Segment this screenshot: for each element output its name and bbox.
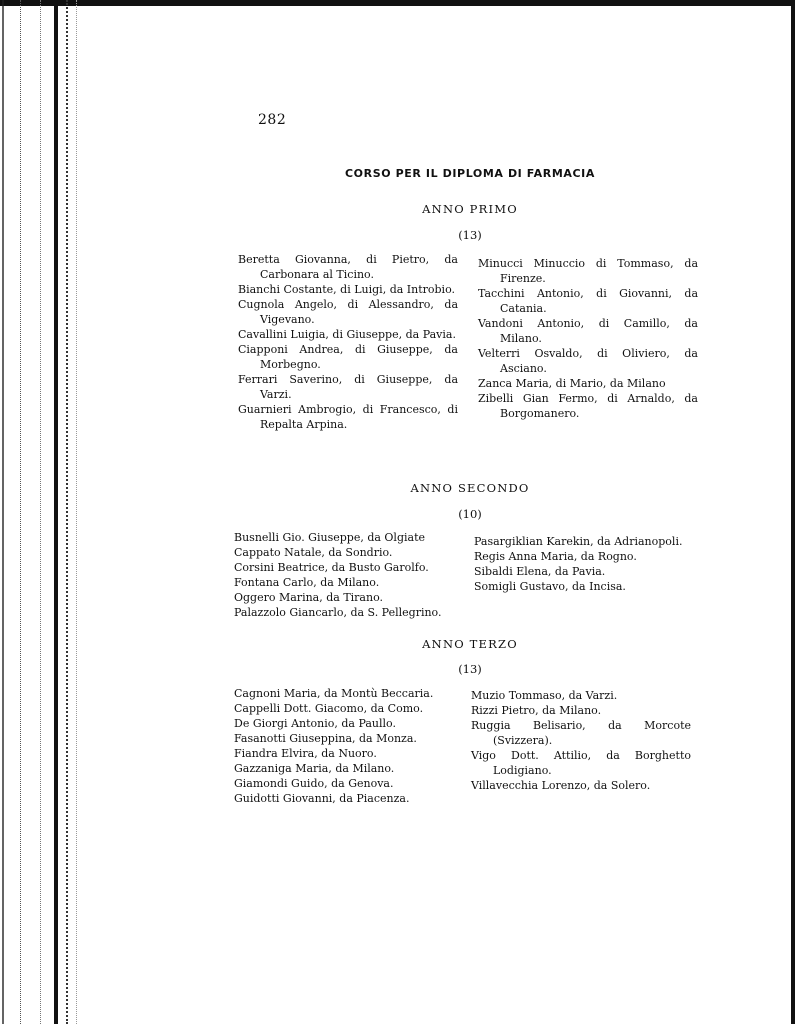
student-entry: Guarnieri Ambrogio, di Francesco, di Rep… [238,402,458,432]
student-entry: Zibelli Gian Fermo, di Arnaldo, da Borgo… [478,391,698,421]
student-entry: Fiandra Elvira, da Nuoro. [234,746,464,761]
student-entry: Busnelli Gio. Giuseppe, da Olgiate [234,530,464,545]
student-entry: Corsini Beatrice, da Busto Garolfo. [234,560,464,575]
student-entry: Regis Anna Maria, da Rogno. [474,549,694,564]
student-entry: Tacchini Antonio, di Giovanni, da Catani… [478,286,698,316]
anno-terzo-right-column: Muzio Tommaso, da Varzi. Rizzi Pietro, d… [471,688,691,793]
student-entry: Guidotti Giovanni, da Piacenza. [234,791,464,806]
student-entry: Fontana Carlo, da Milano. [234,575,464,590]
student-entry: Muzio Tommaso, da Varzi. [471,688,691,703]
student-entry: Sibaldi Elena, da Pavia. [474,564,694,579]
student-entry: Minucci Minuccio di Tommaso, da Firenze. [478,256,698,286]
student-entry: Ciapponi Andrea, di Giuseppe, da Morbegn… [238,342,458,372]
section-count-anno-terzo: (13) [230,662,710,676]
student-entry: Vigo Dott. Attilio, da Borghetto Lodigia… [471,748,691,778]
student-entry: Cappelli Dott. Giacomo, da Como. [234,701,464,716]
student-entry: Cappato Natale, da Sondrio. [234,545,464,560]
student-entry: Beretta Giovanna, di Pietro, da Carbonar… [238,252,458,282]
student-entry: Villavecchia Lorenzo, da Solero. [471,778,691,793]
student-entry: Cavallini Luigia, di Giuseppe, da Pavia. [238,327,458,342]
anno-terzo-left-column: Cagnoni Maria, da Montù Beccaria. Cappel… [234,686,464,806]
student-entry: Velterri Osvaldo, di Oliviero, da Ascian… [478,346,698,376]
page-number: 282 [258,112,286,128]
section-count-anno-secondo: (10) [230,507,710,521]
student-entry: Pasargiklian Karekin, da Adrianopoli. [474,534,694,549]
anno-secondo-right-column: Pasargiklian Karekin, da Adrianopoli. Re… [474,534,694,594]
anno-primo-right-column: Minucci Minuccio di Tommaso, da Firenze.… [478,256,698,421]
anno-secondo-left-column: Busnelli Gio. Giuseppe, da Olgiate Cappa… [234,530,464,620]
section-heading-anno-primo: ANNO PRIMO [230,202,710,216]
student-entry: Ruggia Belisario, da Morcote (Svizzera). [471,718,691,748]
section-count-anno-primo: (13) [230,228,710,242]
student-entry: Palazzolo Giancarlo, da S. Pellegrino. [234,605,464,620]
anno-primo-left-column: Beretta Giovanna, di Pietro, da Carbonar… [238,252,458,432]
section-heading-anno-terzo: ANNO TERZO [230,637,710,651]
student-entry: Somigli Gustavo, da Incisa. [474,579,694,594]
student-entry: Vandoni Antonio, di Camillo, da Milano. [478,316,698,346]
student-entry: De Giorgi Antonio, da Paullo. [234,716,464,731]
course-title: CORSO PER IL DIPLOMA DI FARMACIA [230,167,710,180]
student-entry: Gazzaniga Maria, da Milano. [234,761,464,776]
document-page: 282 CORSO PER IL DIPLOMA DI FARMACIA ANN… [0,0,795,1024]
student-entry: Rizzi Pietro, da Milano. [471,703,691,718]
student-entry: Cagnoni Maria, da Montù Beccaria. [234,686,464,701]
section-heading-anno-secondo: ANNO SECONDO [230,481,710,495]
student-entry: Giamondi Guido, da Genova. [234,776,464,791]
student-entry: Zanca Maria, di Mario, da Milano [478,376,698,391]
student-entry: Oggero Marina, da Tirano. [234,590,464,605]
student-entry: Cugnola Angelo, di Alessandro, da Vigeva… [238,297,458,327]
student-entry: Bianchi Costante, di Luigi, da Introbio. [238,282,458,297]
student-entry: Ferrari Saverino, di Giuseppe, da Varzi. [238,372,458,402]
student-entry: Fasanotti Giuseppina, da Monza. [234,731,464,746]
